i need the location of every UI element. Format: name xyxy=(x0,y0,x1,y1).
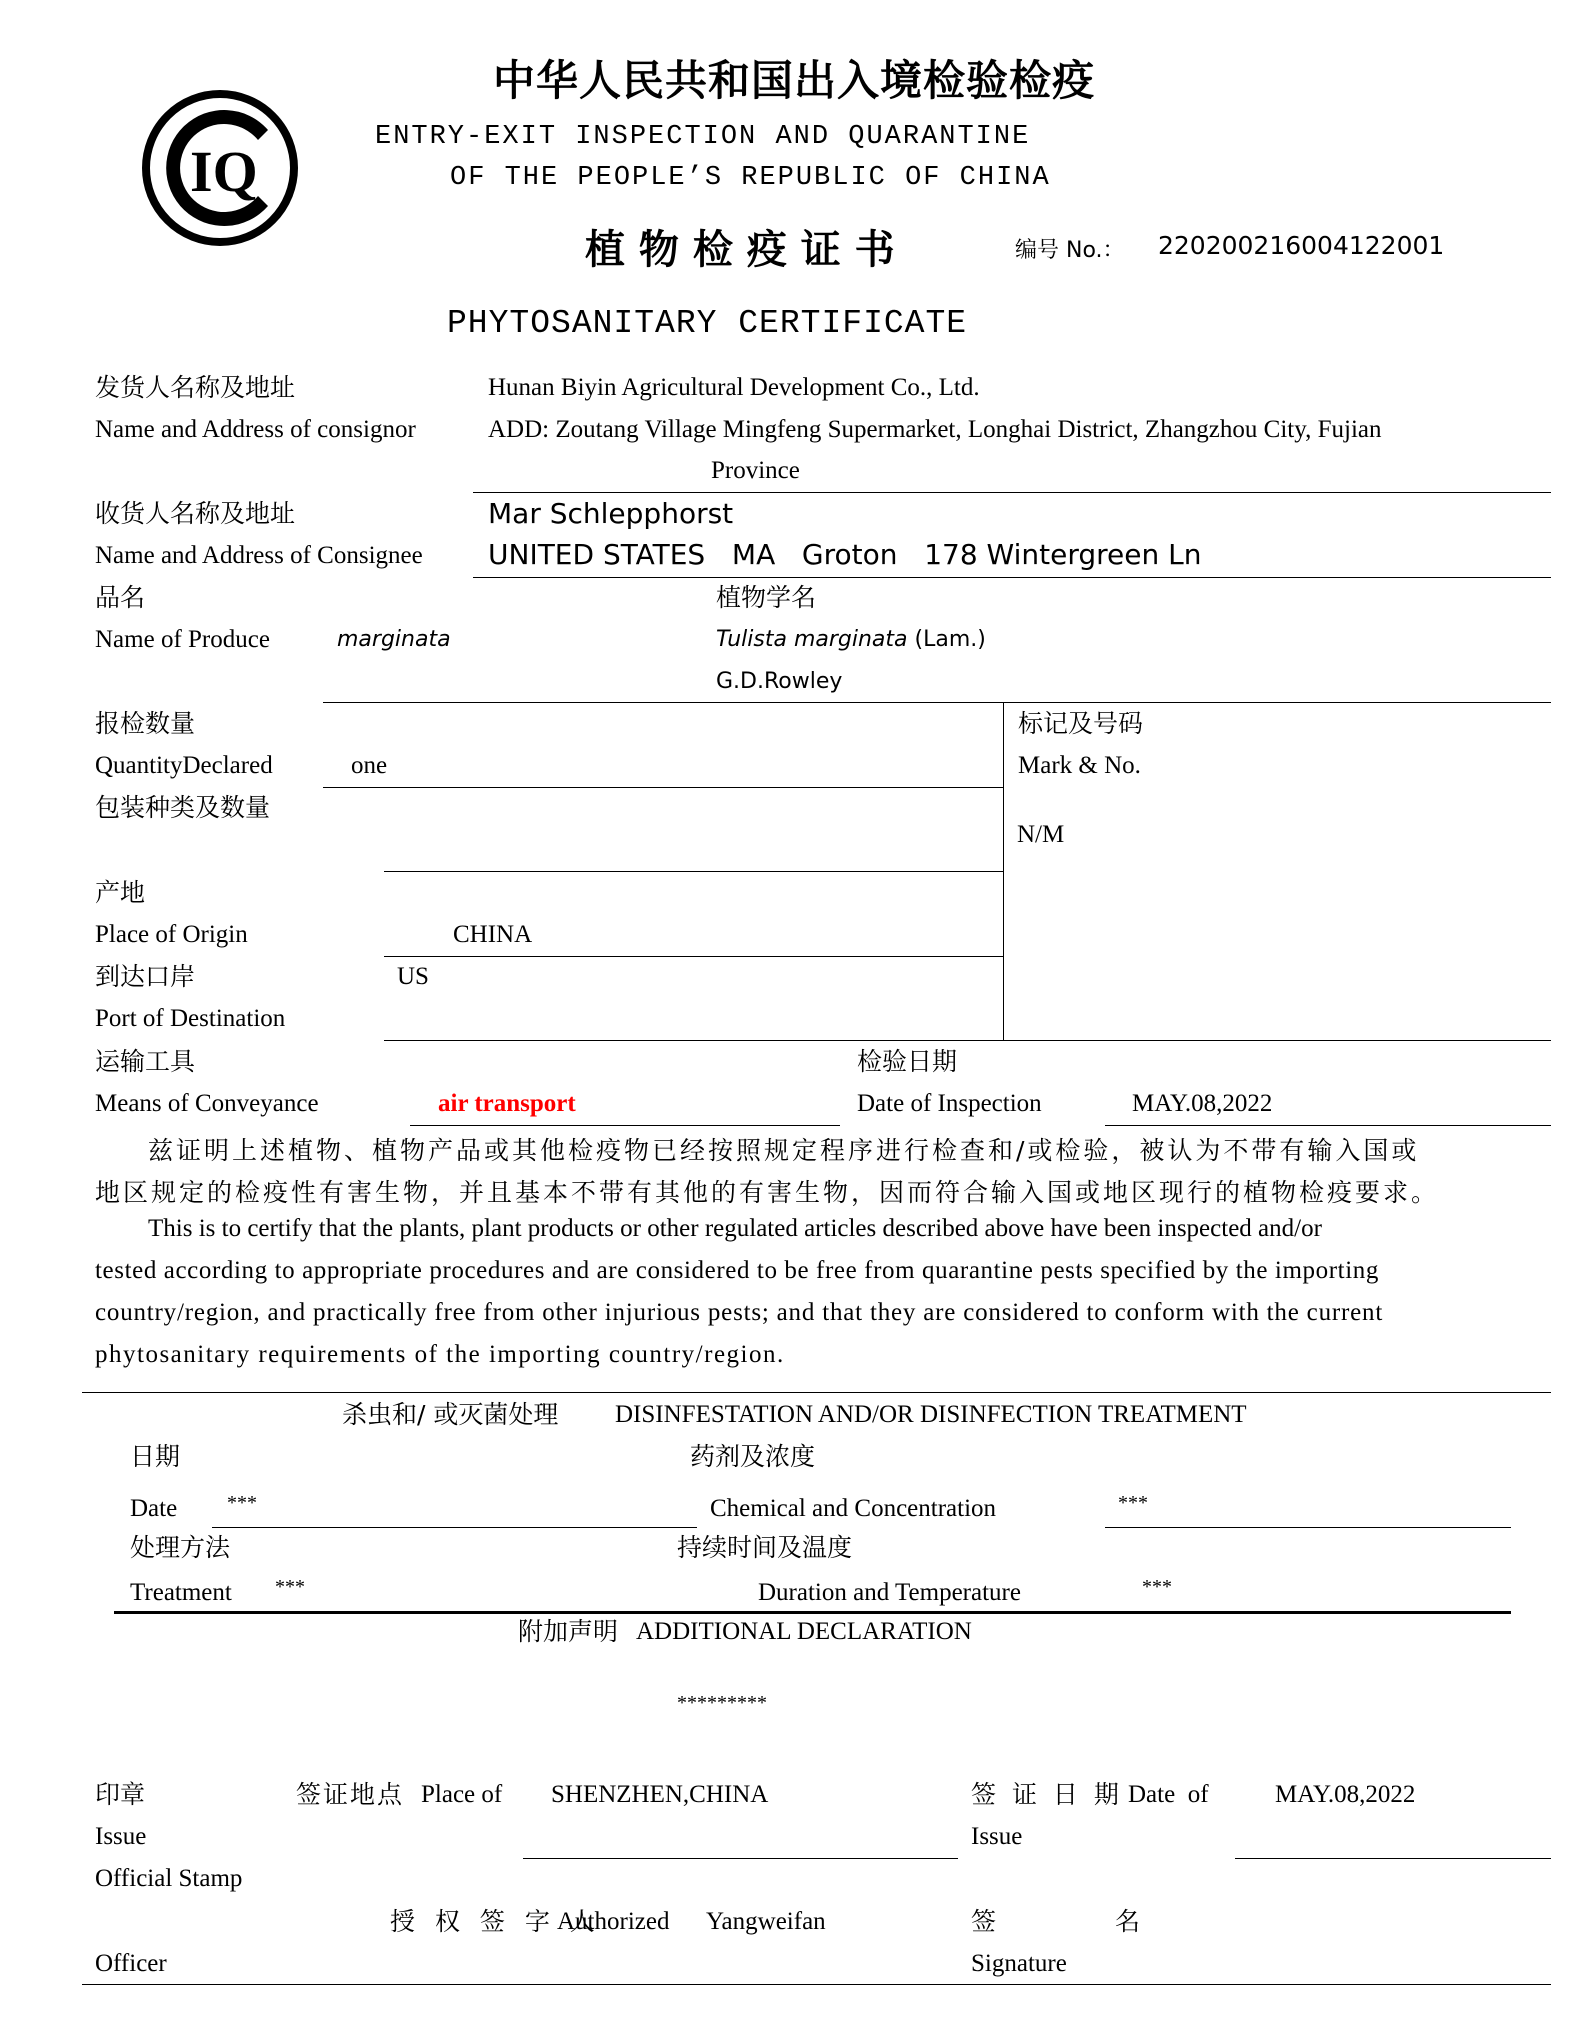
authorized-officer-value: Yangweifan xyxy=(706,1907,826,1937)
botanical-name-author: (Lam.) xyxy=(908,627,986,652)
treatment-title-cn: 杀虫和/ 或灭菌处理 xyxy=(342,1400,558,1430)
botanical-name-line2: G.D.Rowley xyxy=(716,669,842,694)
quantity-underline xyxy=(323,787,1003,788)
chemical-label-cn: 药剂及浓度 xyxy=(690,1442,815,1472)
botanical-name-label-cn: 植物学名 xyxy=(716,583,816,613)
treatment-date-label-cn: 日期 xyxy=(130,1442,180,1472)
treatment-date-value: *** xyxy=(227,1488,257,1518)
header-title-cn: 中华人民共和国出入境检验检疫 xyxy=(493,48,1095,108)
additional-declaration-value: ********* xyxy=(677,1688,767,1718)
marks-label-en: Mark & No. xyxy=(1018,751,1141,781)
consignor-address: ADD: Zoutang Village Mingfeng Supermarke… xyxy=(488,415,1538,445)
inspection-date-label-en: Date of Inspection xyxy=(857,1089,1042,1119)
date-of-issue-label-en2: Issue xyxy=(971,1822,1022,1852)
statement-en-line2: tested according to appropriate procedur… xyxy=(95,1257,1379,1285)
duration-label-en: Duration and Temperature xyxy=(758,1578,1021,1608)
statement-en-line1: This is to certify that the plants, plan… xyxy=(148,1215,1538,1243)
place-of-issue-label-cn: 签证地点 xyxy=(296,1780,404,1810)
place-of-issue-label-en: Place of xyxy=(421,1780,502,1810)
footer-bottom-line xyxy=(82,1984,1551,1985)
conveyance-label-en: Means of Conveyance xyxy=(95,1089,319,1119)
consignee-label-en: Name and Address of Consignee xyxy=(95,541,423,571)
origin-underline xyxy=(384,956,1003,957)
conveyance-underline xyxy=(410,1125,840,1126)
certificate-name-en: PHYTOSANITARY CERTIFICATE xyxy=(447,305,967,342)
treatment-date-label-en: Date xyxy=(130,1494,177,1524)
marks-value: N/M xyxy=(1017,820,1064,850)
botanical-name-value: Tulista marginata (Lam.) xyxy=(716,627,986,652)
authorized-officer-label-en2: Officer xyxy=(95,1949,167,1979)
date-of-issue-value: MAY.08,2022 xyxy=(1275,1780,1415,1810)
authorized-officer-label-en: Authorized xyxy=(557,1907,669,1937)
consignor-label-en: Name and Address of consignor xyxy=(95,415,416,445)
certificate-name-cn: 植 物 检 疫 证 书 xyxy=(585,218,895,275)
statement-cn-line2: 地区规定的检疫性有害生物，并且基本不带有其他的有害生物，因而符合输入国或地区现行… xyxy=(95,1173,1439,1209)
consignee-underline xyxy=(473,577,1551,578)
quantity-label-en: QuantityDeclared xyxy=(95,751,273,781)
statement-cn-line1: 兹证明上述植物、植物产品或其他检疫物已经按照规定程序进行检查和/或检验，被认为不… xyxy=(148,1131,1419,1167)
chemical-label-en: Chemical and Concentration xyxy=(710,1494,996,1524)
certificate-number-value: 220200216004122001 xyxy=(1158,231,1444,260)
stamp-label-en-official: Official Stamp xyxy=(95,1864,242,1894)
chemical-value: *** xyxy=(1118,1488,1148,1518)
botanical-name-species: Tulista marginata xyxy=(716,627,908,652)
inspection-date-underline xyxy=(1105,1125,1551,1126)
quantity-label-cn: 报检数量 xyxy=(95,709,195,739)
consignee-name: Mar Schlepphorst xyxy=(488,497,733,530)
treatment-title-en: DISINFESTATION AND/OR DISINFECTION TREAT… xyxy=(615,1400,1247,1430)
stamp-label-cn: 印章 xyxy=(95,1780,145,1810)
origin-value: CHINA xyxy=(453,920,532,950)
header-title-en-line1: ENTRY-EXIT INSPECTION AND QUARANTINE xyxy=(375,122,1030,152)
packaging-underline xyxy=(384,871,1003,872)
signature-label-cn-1: 签 xyxy=(971,1907,996,1937)
consignor-name: Hunan Biyin Agricultural Development Co.… xyxy=(488,373,980,403)
header-title-en-line2: OF THE PEOPLE’S REPUBLIC OF CHINA xyxy=(450,163,1051,193)
ciq-logo-icon: IQ xyxy=(140,88,300,248)
origin-label-en: Place of Origin xyxy=(95,920,248,950)
destination-underline xyxy=(384,1040,1551,1041)
inspection-date-value: MAY.08,2022 xyxy=(1132,1089,1272,1119)
statement-en-line3: country/region, and practically free fro… xyxy=(95,1299,1383,1327)
destination-label-en: Port of Destination xyxy=(95,1004,285,1034)
inspection-date-label-cn: 检验日期 xyxy=(857,1047,957,1077)
conveyance-value: air transport xyxy=(438,1089,576,1119)
destination-value: US xyxy=(397,962,429,992)
consignor-address-line2: Province xyxy=(711,456,800,486)
date-of-issue-label-cn: 签 证 日 期 xyxy=(971,1780,1123,1810)
signature-label-en: Signature xyxy=(971,1949,1067,1979)
duration-label-cn: 持续时间及温度 xyxy=(677,1533,852,1563)
origin-label-cn: 产地 xyxy=(95,878,145,908)
treatment-method-value: *** xyxy=(275,1572,305,1602)
grid-divider xyxy=(1003,702,1004,1040)
stamp-label-en-issue: Issue xyxy=(95,1822,146,1852)
produce-value: marginata xyxy=(337,627,451,652)
consignor-label-cn: 发货人名称及地址 xyxy=(95,373,295,403)
produce-label-en: Name of Produce xyxy=(95,625,270,655)
place-of-issue-value: SHENZHEN,CHINA xyxy=(551,1780,768,1810)
certificate-number-label: 编号 No.： xyxy=(1015,233,1125,264)
svg-text:IQ: IQ xyxy=(190,139,258,204)
statement-en-line4: phytosanitary requirements of the import… xyxy=(95,1341,785,1369)
produce-label-cn: 品名 xyxy=(95,583,145,613)
date-of-issue-underline xyxy=(1235,1858,1551,1859)
treatment-top-line xyxy=(82,1392,1551,1393)
treatment-method-label-en: Treatment xyxy=(130,1578,232,1608)
packaging-label-cn: 包装种类及数量 xyxy=(95,793,270,823)
treatment-date-underline xyxy=(212,1527,697,1528)
duration-value: *** xyxy=(1142,1572,1172,1602)
date-of-issue-label-en: Date of xyxy=(1128,1780,1209,1810)
consignor-underline xyxy=(473,492,1551,493)
conveyance-label-cn: 运输工具 xyxy=(95,1047,195,1077)
consignee-address: UNITED STATES MA Groton 178 Wintergreen … xyxy=(488,538,1201,571)
signature-label-cn-2: 名 xyxy=(1115,1907,1140,1937)
place-of-issue-underline xyxy=(523,1858,958,1859)
grid-top-line xyxy=(323,702,1551,703)
chemical-underline xyxy=(1105,1527,1511,1528)
additional-declaration-title-cn: 附加声明 xyxy=(518,1617,618,1647)
additional-declaration-title-en: ADDITIONAL DECLARATION xyxy=(636,1617,972,1647)
destination-label-cn: 到达口岸 xyxy=(95,962,195,992)
marks-label-cn: 标记及号码 xyxy=(1018,709,1143,739)
treatment-method-label-cn: 处理方法 xyxy=(130,1533,230,1563)
treatment-bottom-line xyxy=(114,1611,1511,1614)
consignee-label-cn: 收货人名称及地址 xyxy=(95,499,295,529)
quantity-value: one xyxy=(351,751,387,781)
